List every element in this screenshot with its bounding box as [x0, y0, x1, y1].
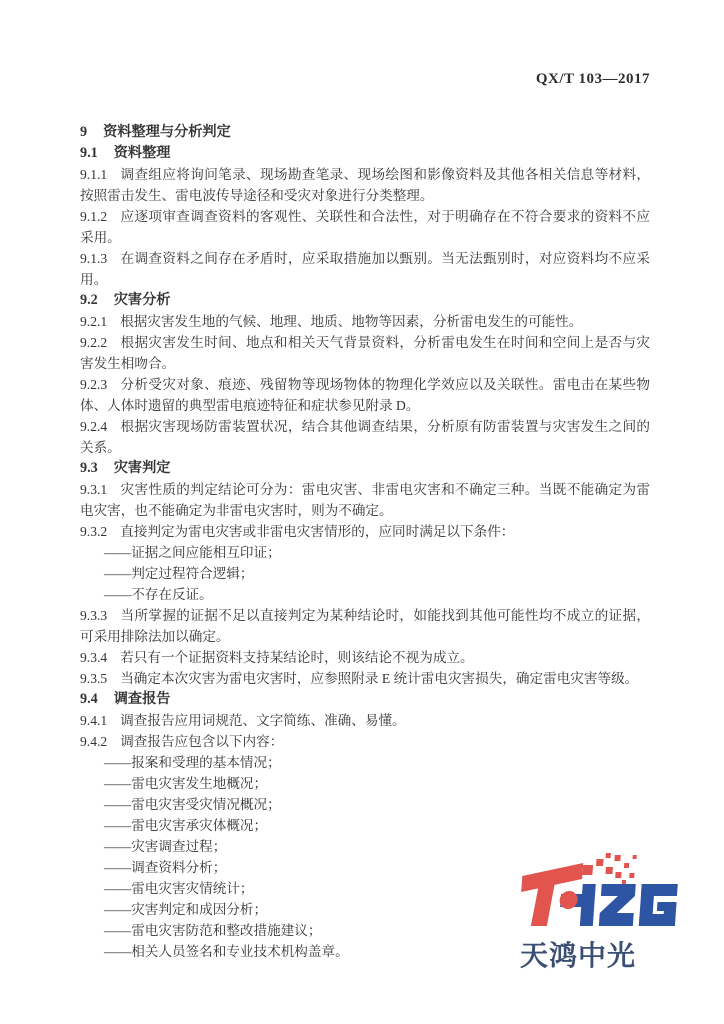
section-title: 资料整理与分析判定	[103, 124, 231, 140]
clause-9-3-4: 9.3.4若只有一个证据资料支持某结论时，则该结论不视为成立。	[80, 647, 650, 668]
clause-9-2-4: 9.2.4根据灾害现场防雷装置状况，结合其他调查结果，分析原有防雷装置与灾害发生…	[80, 416, 650, 458]
list-item: ——不存在反证。	[80, 584, 650, 605]
clause-9-3-5: 9.3.5当确定本次灾害为雷电灾害时，应参照附录 E 统计雷电灾害损失，确定雷电…	[80, 668, 650, 689]
clause-number: 9.3.4	[80, 650, 107, 665]
subsection-heading-9-1: 9.1资料整理	[80, 143, 650, 164]
clause-number: 9.1.1	[80, 167, 107, 182]
clause-text: 在调查资料之间存在矛盾时，应采取措施加以甄别。当无法甄别时，对应资料均不应采用。	[80, 251, 650, 287]
subsection-title: 调查报告	[114, 691, 171, 707]
subsection-title: 灾害判定	[114, 460, 171, 476]
clause-number: 9.2.3	[80, 377, 107, 392]
clause-text: 当所掌握的证据不足以直接判定为某种结论时，如能找到其他可能性均不成立的证据，可采…	[80, 608, 650, 644]
clause-number: 9.1.2	[80, 209, 107, 224]
clause-9-2-1: 9.2.1根据灾害发生地的气候、地理、地质、地物等因素，分析雷电发生的可能性。	[80, 311, 650, 332]
list-item: ——雷电灾害发生地概况；	[80, 773, 650, 794]
clause-number: 9.2.1	[80, 314, 107, 329]
clause-text: 根据灾害现场防雷装置状况，结合其他调查结果，分析原有防雷装置与灾害发生之间的关系…	[80, 419, 650, 455]
clause-text: 灾害性质的判定结论可分为：雷电灾害、非雷电灾害和不确定三种。当既不能确定为雷电灾…	[80, 482, 650, 518]
section-number: 9	[80, 124, 87, 140]
clause-number: 9.4.1	[80, 713, 107, 728]
subsection-number: 9.3	[80, 460, 98, 476]
subsection-heading-9-3: 9.3灾害判定	[80, 458, 650, 479]
list-item: ——雷电灾害受灾情况概况；	[80, 794, 650, 815]
clause-9-1-2: 9.1.2应逐项审查调查资料的客观性、关联性和合法性，对于明确存在不符合要求的资…	[80, 206, 650, 248]
subsection-title: 灾害分析	[114, 292, 171, 308]
section-heading-9: 9资料整理与分析判定	[80, 122, 650, 143]
clause-9-4-2: 9.4.2调查报告应包含以下内容：	[80, 731, 650, 752]
clause-number: 9.4.2	[80, 734, 107, 749]
clause-number: 9.3.3	[80, 608, 107, 623]
list-item: ——雷电灾害承灾体概况；	[80, 815, 650, 836]
clause-9-3-3: 9.3.3当所掌握的证据不足以直接判定为某种结论时，如能找到其他可能性均不成立的…	[80, 605, 650, 647]
subsection-title: 资料整理	[114, 145, 171, 161]
list-item: ——判定过程符合逻辑；	[80, 563, 650, 584]
thzg-watermark-logo: 天鸿中光	[520, 852, 682, 974]
subsection-heading-9-2: 9.2灾害分析	[80, 290, 650, 311]
thzg-logo-icon	[520, 852, 682, 932]
standard-number-header: QX/T 103—2017	[536, 71, 650, 88]
clause-number: 9.2.2	[80, 335, 107, 350]
document-page: QX/T 103—2017 9资料整理与分析判定 9.1资料整理 9.1.1调查…	[0, 0, 724, 1024]
clause-9-1-1: 9.1.1调查组应将询问笔录、现场勘查笔录、现场绘图和影像资料及其他各相关信息等…	[80, 164, 650, 206]
list-item: ——证据之间应能相互印证；	[80, 542, 650, 563]
subsection-number: 9.4	[80, 691, 98, 707]
clause-number: 9.3.5	[80, 671, 107, 686]
clause-text: 调查报告应用词规范、文字简练、准确、易懂。	[120, 713, 405, 728]
clause-text: 应逐项审查调查资料的客观性、关联性和合法性，对于明确存在不符合要求的资料不应采用…	[80, 209, 650, 245]
clause-text: 根据灾害发生时间、地点和相关天气背景资料，分析雷电发生在时间和空间上是否与灾害发…	[80, 335, 650, 371]
clause-number: 9.2.4	[80, 419, 107, 434]
clause-number: 9.3.1	[80, 482, 107, 497]
list-item: ——报案和受理的基本情况；	[80, 752, 650, 773]
subsection-number: 9.1	[80, 145, 98, 161]
clause-number: 9.3.2	[80, 524, 107, 539]
clause-9-3-1: 9.3.1灾害性质的判定结论可分为：雷电灾害、非雷电灾害和不确定三种。当既不能确…	[80, 479, 650, 521]
clause-9-3-2: 9.3.2直接判定为雷电灾害或非雷电灾害情形的，应同时满足以下条件：	[80, 521, 650, 542]
clause-text: 直接判定为雷电灾害或非雷电灾害情形的，应同时满足以下条件：	[120, 524, 514, 539]
clause-text: 分析受灾对象、痕迹、残留物等现场物体的物理化学效应以及关联性。雷电击在某些物体、…	[80, 377, 650, 413]
clause-9-4-1: 9.4.1调查报告应用词规范、文字简练、准确、易懂。	[80, 710, 650, 731]
subsection-heading-9-4: 9.4调查报告	[80, 689, 650, 710]
document-body: 9资料整理与分析判定 9.1资料整理 9.1.1调查组应将询问笔录、现场勘查笔录…	[80, 122, 650, 962]
clause-text: 根据灾害发生地的气候、地理、地质、地物等因素，分析雷电发生的可能性。	[120, 314, 582, 329]
clause-9-2-3: 9.2.3分析受灾对象、痕迹、残留物等现场物体的物理化学效应以及关联性。雷电击在…	[80, 374, 650, 416]
clause-9-1-3: 9.1.3在调查资料之间存在矛盾时，应采取措施加以甄别。当无法甄别时，对应资料均…	[80, 248, 650, 290]
clause-text: 调查报告应包含以下内容：	[120, 734, 283, 749]
subsection-number: 9.2	[80, 292, 98, 308]
logo-chinese-name: 天鸿中光	[520, 934, 682, 974]
clause-text: 当确定本次灾害为雷电灾害时，应参照附录 E 统计雷电灾害损失，确定雷电灾害等级。	[120, 671, 638, 686]
clause-9-2-2: 9.2.2根据灾害发生时间、地点和相关天气背景资料，分析雷电发生在时间和空间上是…	[80, 332, 650, 374]
clause-number: 9.1.3	[80, 251, 107, 266]
clause-text: 若只有一个证据资料支持某结论时，则该结论不视为成立。	[120, 650, 473, 665]
clause-text: 调查组应将询问笔录、现场勘查笔录、现场绘图和影像资料及其他各相关信息等材料，按照…	[80, 167, 650, 203]
